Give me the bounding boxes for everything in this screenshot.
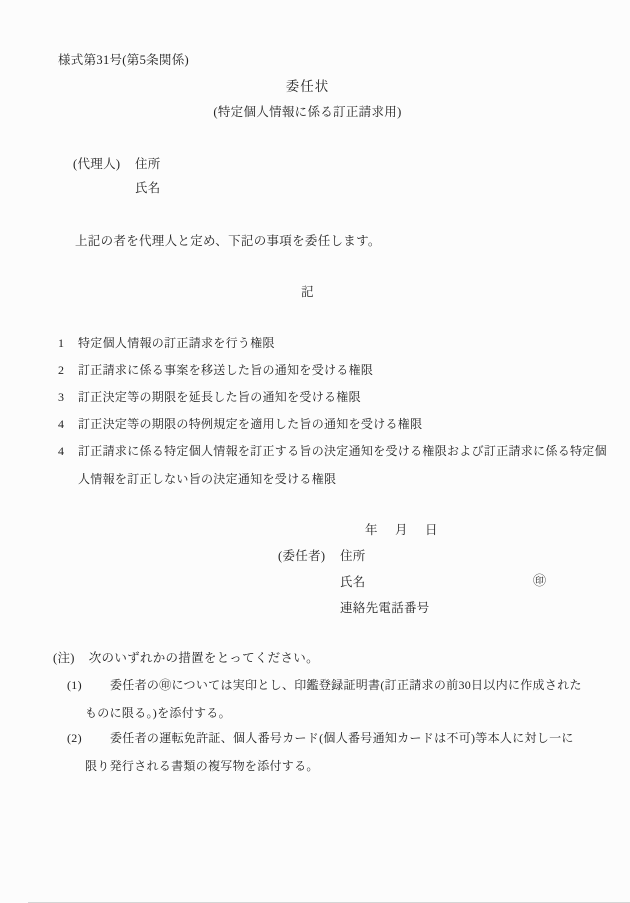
document-title: 委任状 [0, 79, 615, 94]
delegated-item-text: 訂正決定等の期限を延長した旨の通知を受ける権限 [78, 390, 361, 404]
notes-header-text: 次のいずれかの措置をとってください。 [89, 651, 319, 665]
agent-label: (代理人) [73, 157, 120, 171]
principal-label: (委任者) [278, 549, 325, 564]
delegated-item-text: 訂正請求に係る特定個人情報を訂正する旨の決定通知を受ける権限および訂正請求に係る… [78, 444, 607, 486]
document-page: 様式第31号(第5条関係) 委任状 (特定個人情報に係る訂正請求用) (代理人)… [0, 0, 630, 903]
principal-name-label: 氏名 [340, 575, 366, 590]
seal-mark-icon: ㊞ [533, 573, 546, 588]
note-item-number: (2) [67, 725, 110, 753]
delegated-item-number: 2 [58, 357, 78, 385]
delegated-item-number: 1 [58, 330, 78, 358]
declaration-sentence: 上記の者を代理人と定め、下記の事項を委任します。 [75, 234, 381, 249]
list-header: 記 [0, 285, 615, 300]
delegated-item: 3訂正決定等の期限を延長した旨の通知を受ける権限 [58, 384, 613, 412]
delegated-item: 2訂正請求に係る事案を移送した旨の通知を受ける権限 [58, 357, 613, 385]
delegated-item-text: 訂正請求に係る事案を移送した旨の通知を受ける権限 [78, 363, 373, 377]
delegated-item-number: 3 [58, 384, 78, 412]
form-number: 様式第31号(第5条関係) [58, 53, 189, 68]
document-subtitle: (特定個人情報に係る訂正請求用) [0, 105, 615, 120]
notes-header-label: (注) [53, 651, 75, 665]
delegated-item-text: 特定個人情報の訂正請求を行う権限 [78, 336, 275, 350]
delegated-item: 4訂正請求に係る特定個人情報を訂正する旨の決定通知を受ける権限および訂正請求に係… [58, 438, 613, 493]
delegated-item-number: 4 [58, 438, 78, 466]
notes-header: (注)次のいずれかの措置をとってください。 [53, 651, 319, 666]
principal-address-label: 住所 [340, 549, 366, 564]
delegated-item: 1特定個人情報の訂正請求を行う権限 [58, 330, 613, 358]
delegated-item-number: 4 [58, 411, 78, 439]
date-line: 年 月 日 [365, 523, 440, 538]
note-item-text: 委任者の㊞については実印とし、印鑑登録証明書(訂正請求の前30日以内に作成された… [85, 678, 582, 720]
agent-name-label: 氏名 [135, 181, 161, 196]
note-item-text: 委任者の運転免許証、個人番号カード(個人番号通知カードは不可)等本人に対し一に限… [85, 731, 574, 773]
delegated-item-text: 訂正決定等の期限の特例規定を適用した旨の通知を受ける権限 [78, 417, 422, 431]
delegated-item: 4訂正決定等の期限の特例規定を適用した旨の通知を受ける権限 [58, 411, 613, 439]
note-item-number: (1) [67, 672, 110, 700]
principal-phone-label: 連絡先電話番号 [340, 601, 430, 616]
agent-address-label: 住所 [135, 157, 161, 172]
agent-label-line: (代理人) [73, 157, 120, 172]
note-item: (2)委任者の運転免許証、個人番号カード(個人番号通知カードは不可)等本人に対し… [85, 725, 585, 780]
note-item: (1)委任者の㊞については実印とし、印鑑登録証明書(訂正請求の前30日以内に作成… [85, 672, 585, 727]
